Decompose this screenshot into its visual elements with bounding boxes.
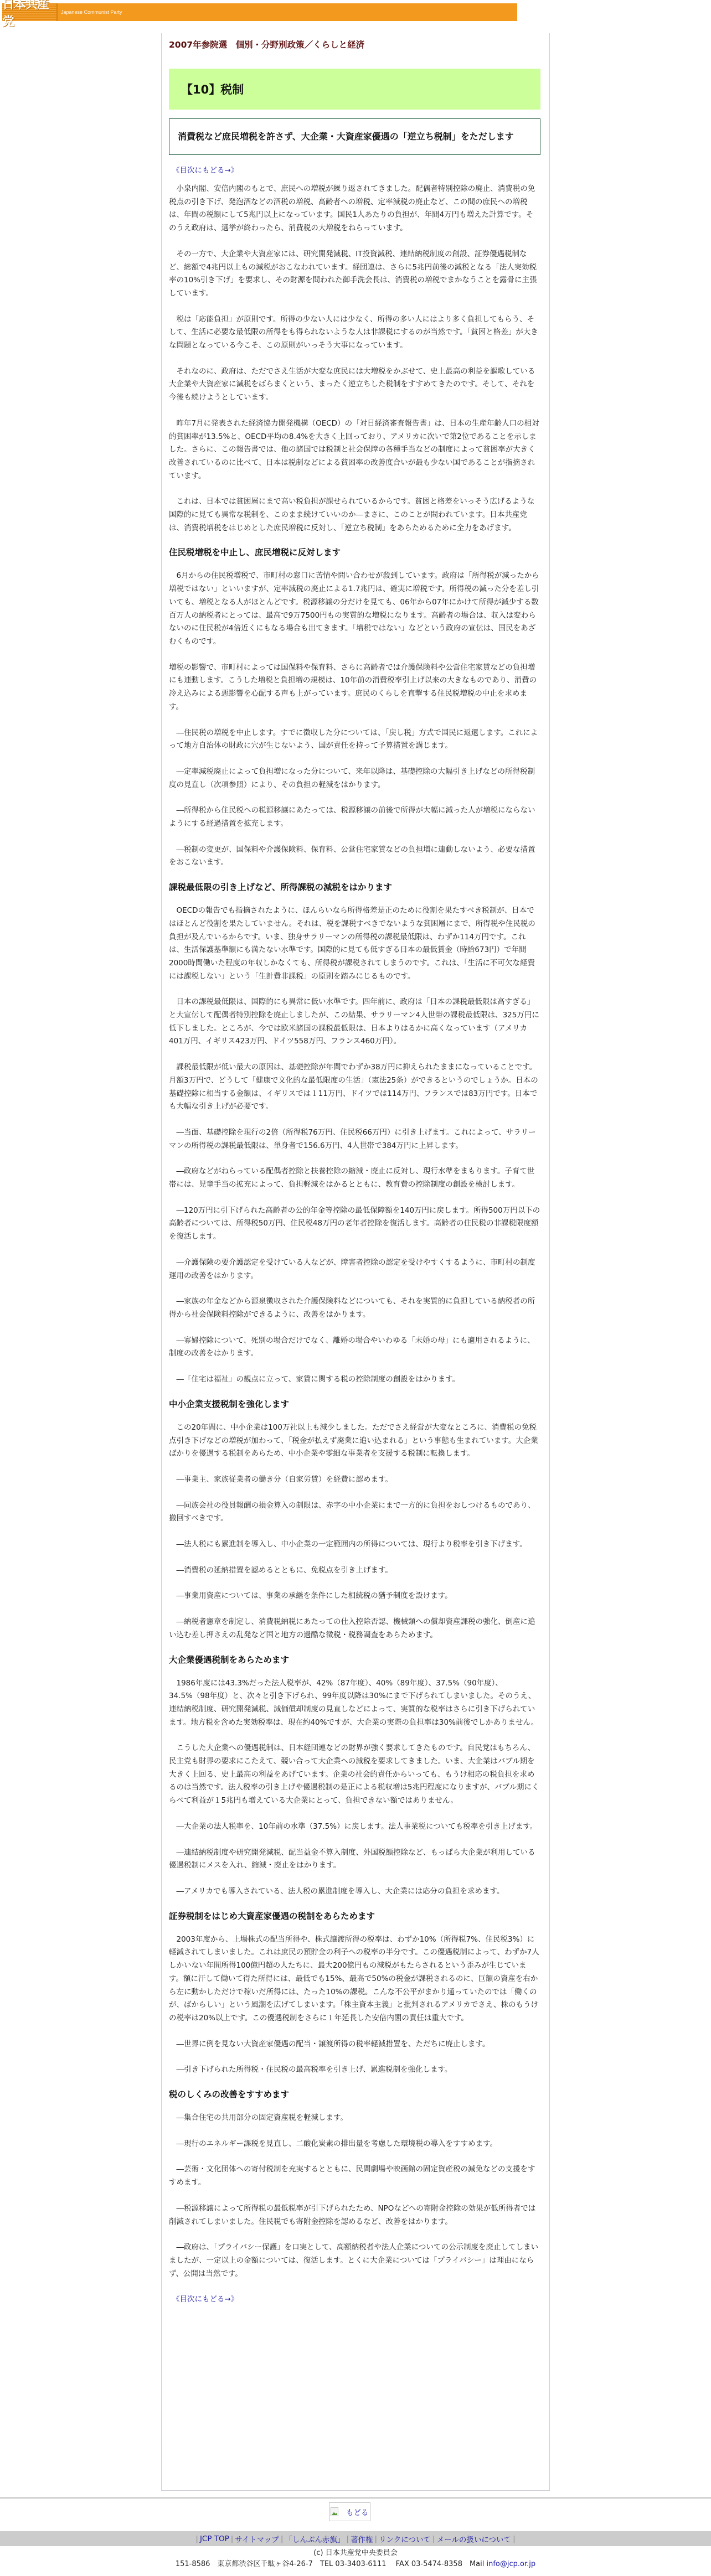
site-header: 日本共産党 Japanese Communist Party	[2, 3, 517, 21]
paragraph: 税は「応能負担」が原則です。所得の少ない人には少なく、所得の多い人にはより多く負…	[169, 313, 540, 353]
article-body: 小泉内閣、安倍内閣のもとで、庶民への増税が繰り返されてきました。配偶者特別控除の…	[169, 183, 540, 2280]
paragraph: こうした大企業への優遇税制は、日本経団連などの財界が強く要求してきたものです。自…	[169, 1742, 540, 1808]
subsection-heading: 課税最低限の引き上げなど、所得課税の減税をはかります	[169, 881, 540, 893]
subsection-heading: 税のしくみの改善をすすめます	[169, 2088, 540, 2101]
paragraph: これは、日本では貧困層にまで高い税負担が課せられているからです。貧困と格差をいっ…	[169, 495, 540, 535]
footer-nav: |JCP TOP|サイトマップ|「しんぶん赤旗」|著作権|リンクについて|メール…	[0, 2531, 711, 2546]
paragraph: それなのに、政府は、ただでさえ生活が大変な庶民には大増税をかぶせて、史上最高の利…	[169, 365, 540, 405]
nav-separator: |	[513, 2534, 516, 2543]
footer-nav-link[interactable]: メールの扱いについて	[437, 2533, 511, 2544]
paragraph: ―当面、基礎控除を現行の2倍（所得税76万円、住民税66万円）に引き上げます。こ…	[169, 1126, 540, 1152]
nav-separator: |	[231, 2534, 234, 2543]
nav-separator: |	[281, 2534, 284, 2543]
toc-link-top[interactable]: 《目次にもどる→》	[172, 164, 238, 175]
paragraph: 増税の影響で、市町村によっては国保料や保育料、さらに高齢者では介護保険料や公営住…	[169, 661, 540, 714]
footer-copyright: (c) 日本共産党中央委員会	[0, 2548, 711, 2559]
subsection-heading: 証券税制をはじめ大資産家優遇の税制をあらためます	[169, 1910, 540, 1922]
paragraph: ―事業用資産については、事業の承継を条件にした相続税の猶予制度を設けます。	[169, 1590, 540, 1603]
footer-nav-link[interactable]: 「しんぶん赤旗」	[285, 2533, 344, 2544]
paragraph: その一方で、大企業や大資産家には、研究開発減税、IT投資減税、連結納税制度の創設…	[169, 248, 540, 301]
paragraph: ―連結納税制度や研究開発減税、配当益金不算入制度、外国税額控除など、もっぱら大企…	[169, 1846, 540, 1872]
paragraph: ―アメリカでも導入されている、法人税の累進制度を導入し、大企業には応分の負担を求…	[169, 1885, 540, 1899]
subsection-heading: 住民税増税を中止し、庶民増税に反対します	[169, 546, 540, 558]
paragraph: ―介護保険の要介護認定を受けている人などが、障害者控除の認定を受けやすくするよう…	[169, 1256, 540, 1282]
nav-separator: |	[195, 2534, 198, 2543]
paragraph: ―納税者憲章を制定し、消費税納税にあたっての仕入控除否認、機械類への償却資産課税…	[169, 1616, 540, 1642]
paragraph: 昨年7月に発表された経済協力開発機構（OECD）の「対日経済審査報告書」は、日本…	[169, 417, 540, 483]
paragraph: ―芸術・文化団体への寄付税制を充実するとともに、民間劇場や映画館の固定資産税の減…	[169, 2163, 540, 2189]
address-text: 151-8586 東京都渋谷区千駄ヶ谷4-26-7 TEL 03-3403-61…	[176, 2560, 487, 2568]
subsection-heading: 中小企業支援税制を強化します	[169, 1398, 540, 1410]
paragraph: 6月からの住民税増税で、市町村の窓口に苦情や問い合わせが殺到しています。政府は「…	[169, 570, 540, 648]
logo-text-en: Japanese Communist Party	[61, 9, 122, 15]
paragraph: ―現行のエネルギー課税を見直し、二酸化炭素の排出量を考慮した環境税の導入をすすめ…	[169, 2138, 540, 2151]
paragraph: ―税源移譲によって所得税の最低税率が引下げられたため、NPOなどへの寄附金控除の…	[169, 2202, 540, 2228]
paragraph: ―120万円に引下げられた高齢者の公的年金等控除の最低保障額を140万円に戻しま…	[169, 1204, 540, 1244]
toc-link-bottom[interactable]: 《目次にもどる→》	[172, 2293, 238, 2304]
paragraph: ―政府は、「プライバシー保護」を口実として、高額納税者や法人企業についての公示制…	[169, 2241, 540, 2280]
paragraph: ―引き下げられた所得税・住民税の最高税率を引き上げ、累進税制を強化します。	[169, 2063, 540, 2077]
paragraph: ―消費税の延納措置を認めるとともに、免税点を引き上げます。	[169, 1564, 540, 1577]
category-title: 2007年参院選 個別・分野別政策／くらしと経済	[169, 39, 540, 51]
section-banner: 【10】税制	[169, 69, 540, 110]
footer-divider	[0, 2497, 711, 2499]
footer-nav-link[interactable]: 著作権	[351, 2533, 373, 2544]
paragraph: ―大企業の法人税率を、10年前の水準（37.5%）に戻します。法人事業税について…	[169, 1820, 540, 1834]
paragraph: 課税最低限が低い最大の原因は、基礎控除が年間でわずか38万円に抑えられたままにな…	[169, 1061, 540, 1114]
back-button-label: もどる	[346, 2506, 369, 2517]
footer-nav-link[interactable]: リンクについて	[379, 2533, 431, 2544]
back-button[interactable]: もどる	[329, 2502, 370, 2521]
paragraph: ―寡婦控除について、死別の場合だけでなく、離婚の場合やいわゆる「未婚の母」にも適…	[169, 1334, 540, 1361]
broken-image-icon	[331, 2507, 338, 2516]
paragraph: ―家族の年金などから源泉徴収された介護保険料などについても、それを実質的に負担し…	[169, 1295, 540, 1321]
site-logo[interactable]: 日本共産党	[2, 3, 58, 21]
footer-nav-link[interactable]: サイトマップ	[235, 2533, 279, 2544]
paragraph: 2003年度から、上場株式の配当所得や、株式譲渡所得の税率は、わずか10%（所得…	[169, 1933, 540, 2025]
paragraph: OECDの報告でも指摘されたように、ほんらいなら所得格差是正のために役割を果たす…	[169, 904, 540, 983]
paragraph: この20年間に、中小企業は100万社以上も減少しました。ただでさえ経営が大変なと…	[169, 1421, 540, 1461]
paragraph: ―税制の変更が、国保料や介護保険料、保育料、公営住宅家賃などの負担増に連動しない…	[169, 844, 540, 870]
paragraph: ―集合住宅の共用部分の固定資産税を軽減します。	[169, 2112, 540, 2125]
paragraph: ―事業主、家族従業者の働き分（自家労賃）を経費に認めます。	[169, 1473, 540, 1487]
nav-separator: |	[346, 2534, 349, 2543]
paragraph: ―「住宅は福祉」の観点に立って、家賃に関する税の控除制度の創設をはかります。	[169, 1373, 540, 1387]
paragraph: 1986年度には43.3%だった法人税率が、42%（87年度）、40%（89年度…	[169, 1677, 540, 1730]
mail-link[interactable]: info@jcp.or.jp	[487, 2560, 536, 2568]
paragraph: 小泉内閣、安倍内閣のもとで、庶民への増税が繰り返されてきました。配偶者特別控除の…	[169, 183, 540, 235]
paragraph: 日本の課税最低限は、国際的にも異常に低い水準です。四年前に、政府は「日本の課税最…	[169, 996, 540, 1048]
footer-nav-link[interactable]: JCP TOP	[200, 2534, 229, 2543]
subsection-heading: 大企業優遇税制をあらためます	[169, 1654, 540, 1666]
nav-separator: |	[375, 2534, 378, 2543]
main-content: 2007年参院選 個別・分野別政策／くらしと経済 【10】税制 消費税など庶民増…	[161, 33, 550, 2491]
paragraph: ―同族会社の役員報酬の損金算入の制限は、赤字の中小企業にまで一方的に負担をおしつ…	[169, 1499, 540, 1525]
paragraph: ―世界に例を見ない大資産家優遇の配当・譲渡所得の税率軽減措置を、ただちに廃止しま…	[169, 2038, 540, 2051]
paragraph: ―政府などがねらっている配偶者控除と扶養控除の縮減・廃止に反対し、現行水準をまも…	[169, 1165, 540, 1191]
nav-separator: |	[432, 2534, 435, 2543]
paragraph: ―住民税の増税を中止します。すでに徴収した分については、「戻し税」方式で国民に返…	[169, 727, 540, 753]
logo-text-jp: 日本共産党	[2, 0, 56, 29]
paragraph: ―法人税にも累進制を導入し、中小企業の一定範囲内の所得については、現行より税率を…	[169, 1538, 540, 1551]
footer-address: 151-8586 東京都渋谷区千駄ヶ谷4-26-7 TEL 03-3403-61…	[0, 2559, 711, 2570]
paragraph: ―所得税から住民税への税源移譲にあたっては、税源移譲の前後で所得が大幅に減った人…	[169, 804, 540, 830]
lead-box: 消費税など庶民増税を許さず、大企業・大資産家優遇の「逆立ち税制」をただします	[169, 118, 540, 155]
section-title: 【10】税制	[181, 81, 244, 97]
paragraph: ―定率減税廃止によって負担増になった分について、来年以降は、基礎控除の大幅引き上…	[169, 765, 540, 792]
